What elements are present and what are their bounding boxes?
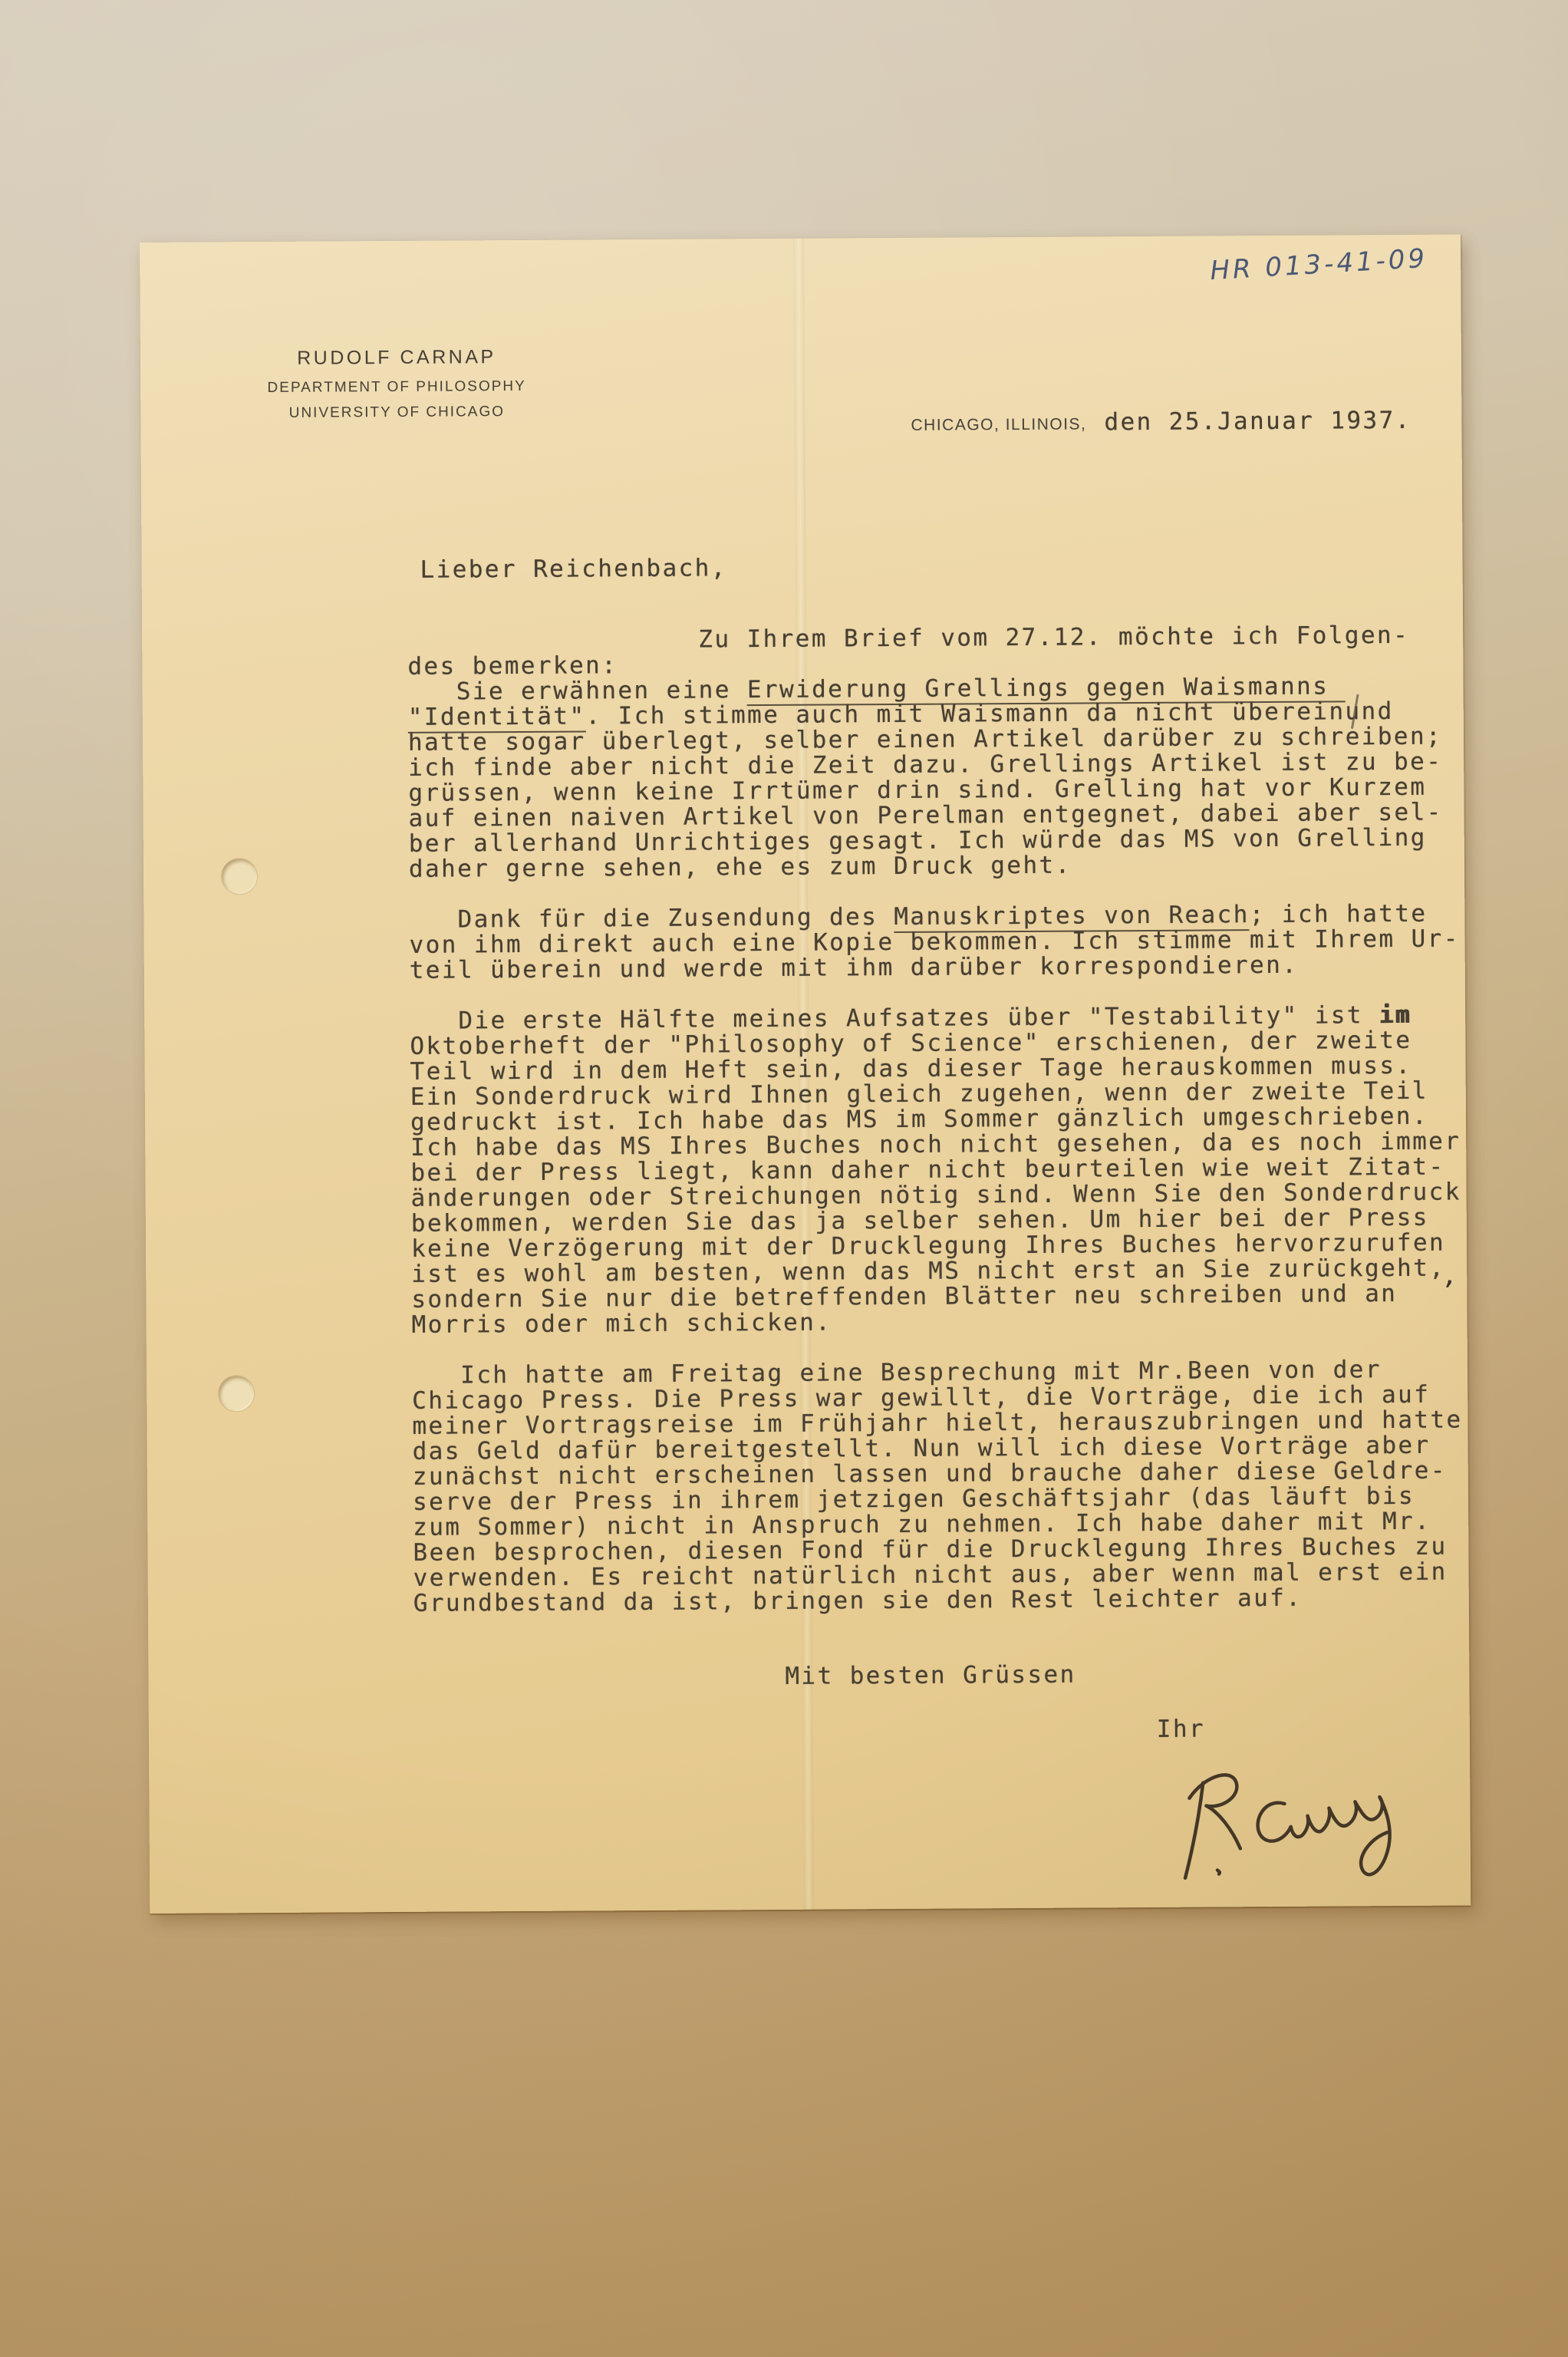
typed-line: sondern Sie nur die betreffenden Blätter…: [411, 1281, 1461, 1312]
letterhead-university: UNIVERSITY OF CHICAGO: [259, 404, 535, 422]
photo-background: { "colors": { "paper": "#eed9ab", "typed…: [0, 0, 1568, 2357]
letterhead-department: DEPARTMENT OF PHILOSOPHY: [259, 378, 535, 397]
dateline-date: den 25.Januar 1937.: [1104, 407, 1411, 436]
dateline-place: CHICAGO, ILLINOIS,: [911, 415, 1086, 434]
letter-page: HR 013-41-09 RUDOLF CARNAP DEPARTMENT OF…: [140, 234, 1471, 1913]
letterhead-name: RUDOLF CARNAP: [259, 346, 535, 370]
letterhead: RUDOLF CARNAP DEPARTMENT OF PHILOSOPHY U…: [259, 346, 535, 422]
archival-mark: HR 013-41-09: [1209, 242, 1441, 286]
letter-body: Zu Ihrem Brief vom 27.12. möchte ich Fol…: [407, 623, 1464, 1617]
typed-line: Grundbestand da ist, bringen sie den Res…: [413, 1584, 1464, 1616]
closing-ihr: Ihr: [1157, 1716, 1205, 1743]
punch-hole-top: [222, 859, 257, 894]
salutation: Lieber Reichenbach,: [420, 554, 727, 583]
closing-regards: Mit besten Grüssen: [785, 1661, 1076, 1690]
signature: [1169, 1755, 1431, 1899]
punch-hole-bottom: [219, 1376, 254, 1411]
typed-line: Zu Ihrem Brief vom 27.12. möchte ich Fol…: [407, 623, 1458, 654]
